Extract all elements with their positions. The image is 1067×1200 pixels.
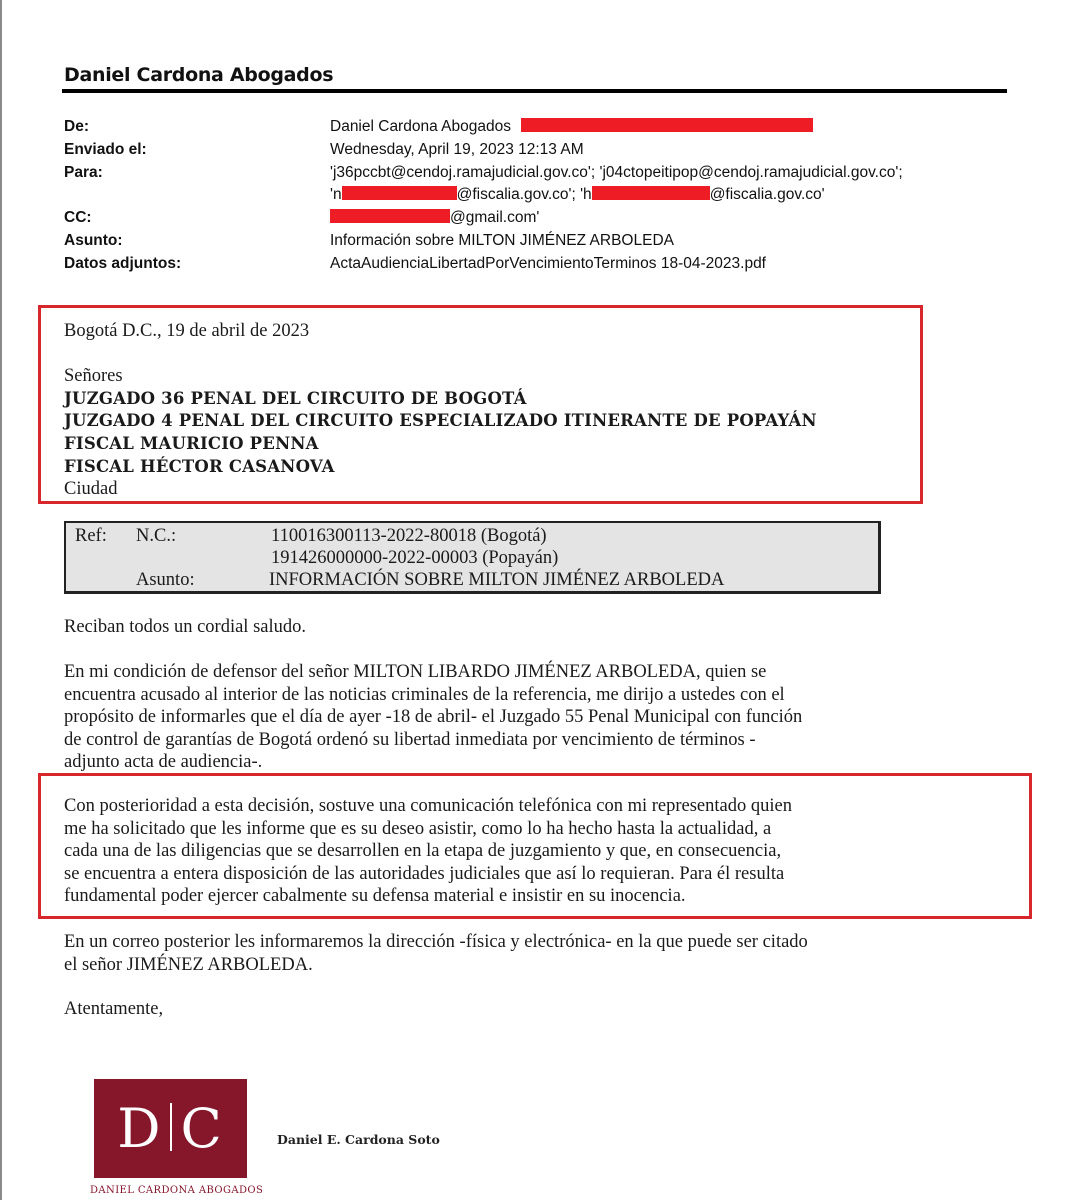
paragraph-line: de control de garantías de Bogotá ordenó… [64,729,1014,752]
paragraph-line: el señor JIMÉNEZ ARBOLEDA. [64,954,1014,977]
paragraph-line: Con posterioridad a esta decisión, sostu… [64,795,1014,818]
redaction-bar [592,186,710,200]
ref-subject-value: INFORMACIÓN SOBRE MILTON JIMÉNEZ ARBOLED… [269,569,724,592]
paragraph-line: propósito de informarles que el día de a… [64,706,1014,729]
cc-label: CC: [64,207,92,230]
letter-salutation-to: Señores [64,365,817,388]
attachments-label: Datos adjuntos: [64,253,181,276]
attachment-link[interactable]: ActaAudienciaLibertadPorVencimientoTermi… [330,253,766,276]
ref-subject-label: Asunto: [136,569,195,592]
letter-city: Ciudad [64,478,817,501]
firm-logo: DC [94,1079,247,1178]
recipient-line: JUZGADO 4 PENAL DEL CIRCUITO ESPECIALIZA… [64,410,817,433]
recipient-line: FISCAL HÉCTOR CASANOVA [64,456,817,479]
sent-label: Enviado el: [64,139,147,162]
email-title: Daniel Cardona Abogados [64,64,333,86]
ref-label: Ref: [75,525,107,548]
paragraph-line: fundamental poder ejercer cabalmente su … [64,885,1014,908]
logo-letter: C [180,1097,223,1160]
reference-box: Ref: N.C.: 110016300113-2022-80018 (Bogo… [64,521,881,594]
logo-caption: DANIEL CARDONA ABOGADOS [90,1185,263,1196]
from-label: De: [64,116,89,139]
nc-label: N.C.: [136,525,176,548]
to-value-part: @fiscalia.gov.co' [710,186,825,203]
redaction-bar [342,186,457,200]
title-rule [62,89,1007,93]
greeting: Reciban todos un cordial saludo. [64,616,1014,639]
paragraph-2: Con posterioridad a esta decisión, sostu… [64,795,1014,908]
logo-letter: D [117,1097,162,1160]
paragraph-3: En un correo posterior les informaremos … [64,931,1014,976]
signer-name: Daniel E. Cardona Soto [277,1132,440,1147]
paragraph-line: encuentra acusado al interior de las not… [64,684,1014,707]
paragraph-line: En un correo posterior les informaremos … [64,931,1014,954]
from-value: Daniel Cardona Abogados [330,118,515,135]
to-label: Para: [64,162,103,185]
paragraph-1: En mi condición de defensor del señor MI… [64,661,1014,774]
paragraph-line: se encuentra a entera disposición de las… [64,863,1014,886]
closing: Atentamente, [64,998,1014,1021]
redaction-bar [521,118,813,132]
to-value-part: @fiscalia.gov.co'; 'h [457,186,592,203]
page-edge [0,0,2,1200]
paragraph-line: me ha solicitado que les informe que es … [64,818,1014,841]
nc-value: 110016300113-2022-80018 (Bogotá) [271,525,547,548]
to-value-part: 'n [330,186,342,203]
letter-date: Bogotá D.C., 19 de abril de 2023 [64,320,817,343]
subject-value: Información sobre MILTON JIMÉNEZ ARBOLED… [330,230,674,253]
paragraph-line: cada una de las diligencias que se desar… [64,840,1014,863]
cc-value: @gmail.com' [450,209,539,226]
letter-address-block: Bogotá D.C., 19 de abril de 2023 Señores… [64,320,817,501]
recipient-line: JUZGADO 36 PENAL DEL CIRCUITO DE BOGOTÁ [64,388,817,411]
to-value[interactable]: 'j36pccbt@cendoj.ramajudicial.gov.co'; '… [330,162,903,185]
redaction-bar [330,209,450,223]
sent-value: Wednesday, April 19, 2023 12:13 AM [330,139,584,162]
paragraph-line: adjunto acta de audiencia-. [64,751,1014,774]
subject-label: Asunto: [64,230,123,253]
logo-divider [170,1103,172,1151]
nc-value: 191426000000-2022-00003 (Popayán) [271,547,558,570]
recipient-line: FISCAL MAURICIO PENNA [64,433,817,456]
paragraph-line: En mi condición de defensor del señor MI… [64,661,1014,684]
